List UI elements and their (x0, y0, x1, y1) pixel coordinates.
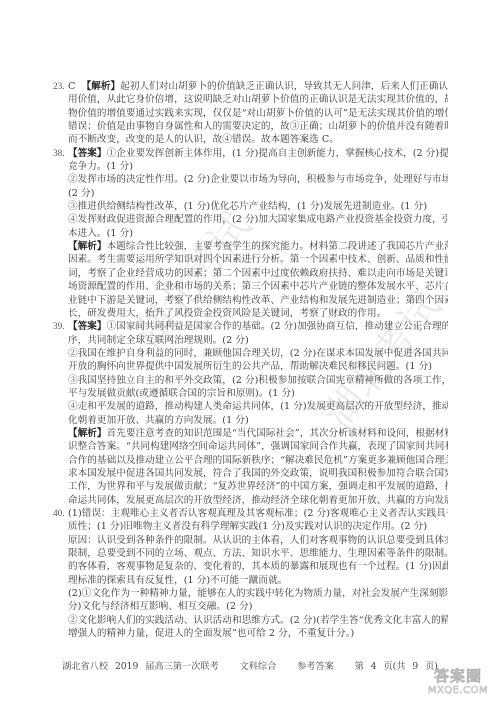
answer-paragraph: 【答案】①企业要发挥创新主体作用，(1 分)提高自主创新能力，掌握核心技术，(2… (68, 147, 448, 240)
text-line: (2)①文化作为一种精神力量，能够在人的实践中转化为物质力量，对社会发展产生深刻… (68, 587, 448, 600)
text-line: 合作的基础以及推动建立公平合理的国际新秩序；“解决难民危机”方案更多兼顾他国合理… (68, 454, 448, 467)
question-number: 23. (53, 80, 68, 93)
question-23: 23. C 【解析】起初人们对山胡萝卜的价值缺乏正确认识，导致其无人问津，后来人… (53, 80, 448, 147)
text-line: 因素。考生需要运用所学知识对四个因素进行分析。第一个因素中技术、创新、品质和性能… (68, 253, 448, 266)
question-number: 40. (53, 507, 68, 520)
text-line: 物价值的增值要通过实践来实现，仅仅是“对山胡萝卜价值的认可”是无法实现其价值的增… (68, 107, 448, 120)
answer-paragraph: 【答案】①国家间共同利益是国家合作的基础。(2 分)加强协商互信，推动建立公正合… (68, 320, 448, 427)
text-line: 分)文化与经济相互影响、相互交融。(2 分) (68, 600, 448, 613)
text-line: 序，共同制定全球互联网治理规则。(2 分) (68, 334, 448, 347)
text-line: 平与发展做贡献(或遵循联合国的宗旨和原则)。(1 分) (68, 387, 448, 400)
text-line: 业链中下游是关键词，考察了供给侧结构性改革、产业结构和发展先进制造业；第四个因素… (68, 294, 448, 307)
analysis-paragraph: 【解析】本题综合性比较强，主要考查学生的探究能力。材料第二段讲述了我国芯片产业薄… (68, 240, 448, 320)
text-line: 识整合答案。“共同构建网络空间命运共同体”，强调国家间合作共赢，表现了国家间共同… (68, 440, 448, 453)
text-line: 原因：认识受到各种条件的限制。从认识的主体看，人们对客观事物的认识总要受到具体实… (68, 534, 448, 547)
footer-doc-type: 参考答案 (297, 661, 334, 672)
text-line: 的客体看，客观事物是复杂的、变化着的，其本质的暴露和展现也有一个过程。(1 分)… (68, 560, 448, 573)
question-number: 39. (53, 320, 68, 333)
question-number: 38. (53, 147, 68, 160)
analysis-paragraph: C 【解析】起初人们对山胡萝卜的价值缺乏正确认识，导致其无人问津，后来人们正确认… (68, 80, 448, 147)
question-39: 39. 【答案】①国家间共同利益是国家合作的基础。(2 分)加强协商互信，推动建… (53, 320, 448, 507)
text-line: ③推进供给侧结构性改革，(1 分)优化芯片产业结构，(1 分)发展先进制造业。(… (68, 200, 448, 213)
text-line: 增强人的精神力量，促进人的全面发展”也可给 2 分，不重复计分。) (68, 627, 448, 640)
question-40: 40. (1)错误：主观唯心主义者否认客观真理及其客观标准；(2 分)客观唯心主… (53, 507, 448, 640)
answer-paragraph: (1)错误：主观唯心主义者否认客观真理及其客观标准；(2 分)客观唯心主义者否认… (68, 507, 448, 640)
text-line: 本题综合性比较强，主要考查学生的探究能力。材料第二段讲述了我国芯片产业薄弱的四个 (107, 241, 448, 252)
footer-subject: 文科综合 (240, 661, 277, 672)
question-38: 38. 【答案】①企业要发挥创新主体作用，(1 分)提高自主创新能力，掌握核心技… (53, 147, 448, 320)
answer-tag: 【答案】 (68, 148, 107, 159)
answer-key-page: 湖北考试 湖北考试 23. C 【解析】起初人们对山胡萝卜的价值缺乏正确认识，导… (0, 0, 500, 707)
text-line: 而不断改变，改变的是人的认识，故④错误。故本题答案选 C。 (68, 133, 448, 146)
text-line: ②发挥市场的决定性作用。(2 分)企业要以市场为导向，积极参与市场竞争，处理好与… (68, 173, 448, 186)
text-line: ④发挥财政促进资源合理配置的作用，(2 分)加大国家集成电路产业投资基金投资力度… (68, 213, 448, 226)
text-line: 质性；(1 分)旧唯物主义者没有科学理解实践(1 分)及实践对认识的决定作用。(… (68, 520, 448, 533)
text-line: ③我国坚持独立自主的和平外交政策，(2 分)积极参加按联合国宪章精神所做的各项工… (68, 374, 448, 387)
text-line: ④走和平发展的道路，推动构建人类命运共同体，(1 分)发展更高层次的开放型经济，… (68, 400, 448, 413)
text-line: ①国家间共同利益是国家合作的基础。(2 分)加强协商互信，推动建立公正合理的国际… (107, 321, 448, 332)
text-line: (1)错误：主观唯心主义者否认客观真理及其客观标准；(2 分)客观唯心主义者否认… (68, 507, 448, 520)
text-line: 用价值，从此它身价倍增，这说明缺乏对山胡萝卜价值的正确认识是无法实现其价值的，故… (68, 93, 448, 106)
analysis-tag: 【解析】 (68, 241, 107, 252)
text-line: 错误；价值是由事物自身属性和人的需要决定的，故③正确；山胡萝卜的价值并没有随着时… (68, 120, 448, 133)
analysis-tag: 【解析】 (82, 81, 121, 92)
text-line: ②我国在维护自身利益的同时，兼顾他国合理关切，(2 分)在谋求本国发展中促进各国… (68, 347, 448, 360)
text-line: 场资源配置的作用、企业和市场的关系；第三个因素中芯片产业链的整体发展水平、芯片企… (68, 280, 448, 293)
text-line: 化朝着更加开放、共赢的方向发展。(1 分) (68, 414, 448, 427)
text-line: 求本国发展中促进各国共同发展，符合了我国的外交政策，说明我国积极参加符合联合国宪… (68, 467, 448, 480)
text-line: 首先要注意考查的知识范围是“当代国际社会”，其次分析该材料和设问，根据材料联系课… (107, 428, 448, 439)
text-line: 起初人们对山胡萝卜的价值缺乏正确认识，导致其无人问津，后来人们正确认识到它的药 (120, 81, 448, 92)
answer-letter: C (68, 81, 75, 92)
footer-exam-title: 湖北省八校 2019 届高三第一次联考 (62, 661, 219, 672)
site-watermark-logo: 答案圈 MXQE.COM (418, 668, 498, 704)
text-line: 限制，总要受到不同的立场、观点、方法、知识水平、思维能力、生理因素等条件的限制。… (68, 547, 448, 560)
answer-tag: 【答案】 (68, 321, 107, 332)
text-line: 竞争力。(1 分) (68, 160, 448, 173)
text-line: 长，研发费用大，抬升了风投资金投资风险是关键词，考察了财政的作用。 (68, 307, 448, 320)
text-line: ①企业要发挥创新主体作用，(1 分)提高自主创新能力，掌握核心技术，(2 分)提… (107, 148, 448, 159)
text-line: 工作，为世界和平与发展做贡献；“复苏世界经济”的中国方案，强调走和平发展的道路，… (68, 480, 448, 493)
document-body: 23. C 【解析】起初人们对山胡萝卜的价值缺乏正确认识，导致其无人问津，后来人… (53, 80, 448, 640)
text-line: ②文化影响人们的实践活动、认识活动和思维方式。(2 分)(若学生答“优秀文化丰富… (68, 614, 448, 627)
text-line: 开放的胸怀向世界提供中国发展所衍生的公共产品，帮助解决难民和移民问题。(1 分) (68, 360, 448, 373)
text-line: (2 分) (68, 187, 448, 200)
watermark-logo-en: MXQE.COM (418, 685, 498, 697)
analysis-tag: 【解析】 (68, 428, 107, 439)
text-line: 理标准的探索具有反复性，(1 分)不可能一蹴而就。 (68, 574, 448, 587)
text-line: 本进入。(1 分) (68, 227, 448, 240)
watermark-logo-cn: 答案圈 (418, 668, 498, 685)
analysis-paragraph: 【解析】首先要注意考查的知识范围是“当代国际社会”，其次分析该材料和设问，根据材… (68, 427, 448, 507)
text-line: 命运共同体，发展更高层次的开放型经济，推动经济全球化朝着更加开放、共赢的方向发展… (68, 494, 448, 507)
text-line: 词，考察了企业经营成功的因素；第二个因素中过度依赖政府扶持、难以走向市场是关键词… (68, 267, 448, 280)
